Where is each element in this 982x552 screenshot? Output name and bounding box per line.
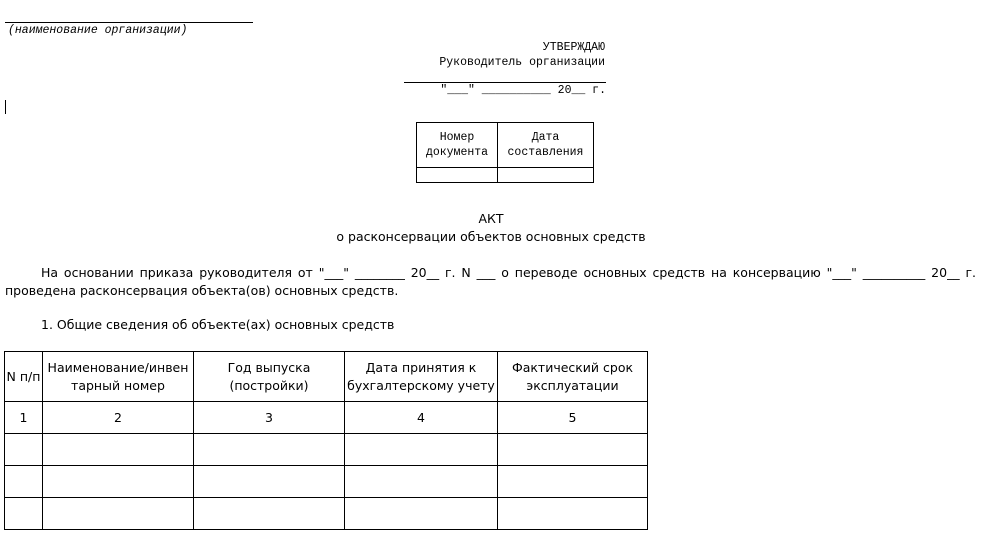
doc-number-header: Номер документа bbox=[417, 123, 498, 168]
document-number-table: Номер документа Дата составления bbox=[416, 122, 594, 183]
table-cell[interactable] bbox=[498, 498, 648, 530]
table-cell[interactable] bbox=[5, 434, 43, 466]
col-number-3: 3 bbox=[194, 402, 345, 434]
table-cell[interactable] bbox=[5, 466, 43, 498]
col-number-5: 5 bbox=[498, 402, 648, 434]
approval-block: УТВЕРЖДАЮ Руководитель организации bbox=[400, 40, 605, 70]
col-number-2: 2 bbox=[43, 402, 194, 434]
table-cell[interactable] bbox=[345, 466, 498, 498]
table-cell[interactable] bbox=[345, 498, 498, 530]
col-header-service-life: Фактический срок эксплуатации bbox=[498, 352, 648, 402]
col-number-4: 4 bbox=[345, 402, 498, 434]
col-header-number: N п/п bbox=[5, 352, 43, 402]
table-cell[interactable] bbox=[5, 498, 43, 530]
col-header-acceptance-date: Дата принятия к бухгалтерскому учету bbox=[345, 352, 498, 402]
doc-date-header: Дата составления bbox=[498, 123, 594, 168]
approve-role: Руководитель организации bbox=[400, 55, 605, 70]
title-subtitle: о расконсервации объектов основных средс… bbox=[0, 228, 982, 246]
signature-line bbox=[404, 82, 606, 83]
organization-name-line bbox=[5, 22, 253, 23]
approve-date: "___" __________ 20__ г. bbox=[404, 84, 606, 97]
col-header-year: Год выпуска (постройки) bbox=[194, 352, 345, 402]
table-cell[interactable] bbox=[498, 466, 648, 498]
title-main: АКТ bbox=[0, 210, 982, 228]
table-cell[interactable] bbox=[194, 498, 345, 530]
table-cell[interactable] bbox=[43, 498, 194, 530]
text-cursor bbox=[5, 100, 6, 114]
table-cell[interactable] bbox=[194, 434, 345, 466]
table-cell[interactable] bbox=[498, 434, 648, 466]
organization-caption: (наименование организации) bbox=[8, 24, 187, 37]
asset-info-table: N п/п Наименование/инвен тарный номер Го… bbox=[4, 351, 648, 530]
col-header-name: Наименование/инвен тарный номер bbox=[43, 352, 194, 402]
section-heading: 1. Общие сведения об объекте(ах) основны… bbox=[41, 317, 394, 332]
document-title: АКТ о расконсервации объектов основных с… bbox=[0, 210, 982, 246]
table-row bbox=[5, 434, 648, 466]
approve-label: УТВЕРЖДАЮ bbox=[400, 40, 605, 55]
col-number-1: 1 bbox=[5, 402, 43, 434]
table-cell[interactable] bbox=[194, 466, 345, 498]
table-cell[interactable] bbox=[43, 466, 194, 498]
basis-paragraph: На основании приказа руководителя от "__… bbox=[5, 264, 976, 300]
table-cell[interactable] bbox=[345, 434, 498, 466]
doc-date-cell[interactable] bbox=[498, 168, 594, 183]
table-row bbox=[5, 466, 648, 498]
table-row bbox=[5, 498, 648, 530]
table-cell[interactable] bbox=[43, 434, 194, 466]
doc-number-cell[interactable] bbox=[417, 168, 498, 183]
